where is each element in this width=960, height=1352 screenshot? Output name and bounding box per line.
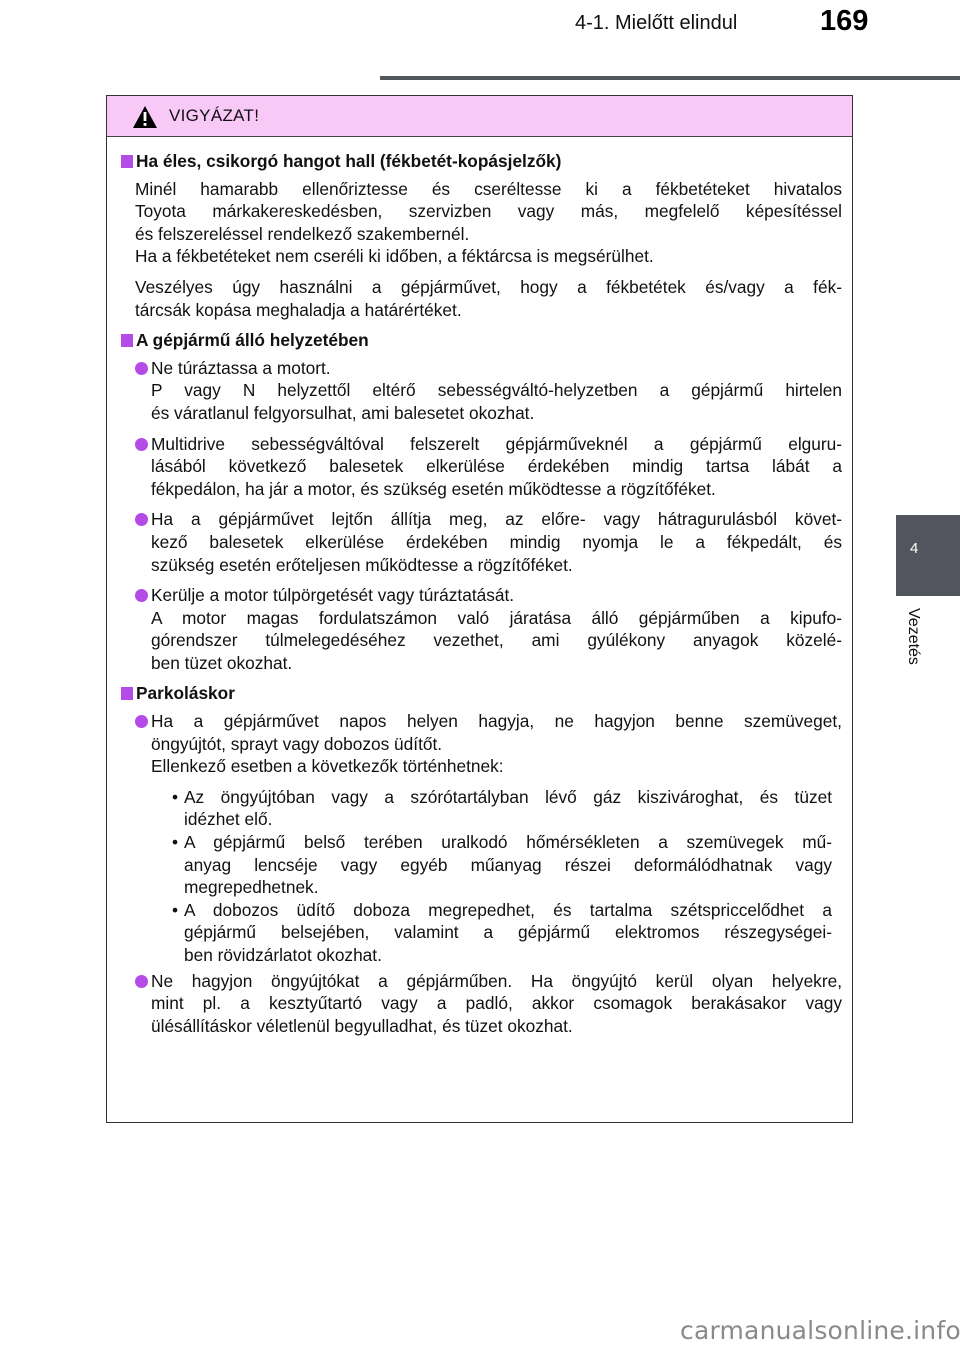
paragraph: Veszélyes úgy használni a gépjárművet, h… bbox=[121, 276, 842, 321]
text-line: Ne hagyjon öngyújtókat a gépjárműben. Ha… bbox=[151, 970, 842, 993]
text-line: A gépjármű belső terében uralkodó hőmérs… bbox=[184, 831, 832, 854]
text-line: ben rövidzárlatot okozhat. bbox=[184, 944, 832, 967]
section-title: 4-1. Mielőtt elindul bbox=[575, 12, 737, 35]
text-line: tárcsák kopása meghaladja a határértéket… bbox=[135, 299, 842, 322]
heading-text: A gépjármű álló helyzetében bbox=[136, 330, 369, 350]
text-line: A motor magas fordulatszámon való járatá… bbox=[151, 607, 842, 630]
section-heading: A gépjármű álló helyzetében bbox=[121, 329, 842, 352]
chapter-tab[interactable]: 4 bbox=[896, 515, 960, 596]
text-line: górendszer túlmelegedéséhez vezethet, am… bbox=[151, 629, 842, 652]
square-bullet-icon bbox=[121, 334, 133, 347]
page-number: 169 bbox=[820, 5, 868, 38]
square-bullet-icon bbox=[121, 687, 133, 700]
square-bullet-icon bbox=[121, 155, 133, 168]
text-line: Kerülje a motor túlpörgetését vagy túráz… bbox=[151, 584, 842, 607]
section-heading: Ha éles, csikorgó hangot hall (fékbetét-… bbox=[121, 150, 842, 173]
text-line: Multidrive sebességváltóval felszerelt g… bbox=[151, 433, 842, 456]
round-bullet-icon bbox=[135, 975, 148, 988]
text-line: idézhet elő. bbox=[184, 808, 832, 831]
warning-header: VIGYÁZAT! bbox=[107, 96, 852, 137]
text-line: Ne túráztassa a motort. bbox=[151, 357, 842, 380]
warning-box: VIGYÁZAT! Ha éles, csikorgó hangot hall … bbox=[106, 95, 853, 1123]
sub-bullet-item: •A dobozos üdítő doboza megrepedhet, és … bbox=[121, 899, 842, 967]
sub-bullet-item: •A gépjármű belső terében uralkodó hőmér… bbox=[121, 831, 842, 899]
text-line: ben tüzet okozhat. bbox=[151, 652, 842, 675]
text-line: fékpedálon, ha jár a motor, és szükség e… bbox=[151, 478, 842, 501]
text-line: Veszélyes úgy használni a gépjárművet, h… bbox=[135, 276, 842, 299]
heading-text: Parkoláskor bbox=[136, 683, 235, 703]
heading-text: Ha éles, csikorgó hangot hall (fékbetét-… bbox=[136, 151, 561, 171]
text-line: lásából következő balesetek elkerülése é… bbox=[151, 455, 842, 478]
text-line: Ha a gépjárművet lejtőn állítja meg, az … bbox=[151, 508, 842, 531]
bullet-item: Multidrive sebességváltóval felszerelt g… bbox=[121, 433, 842, 501]
text-line: Ha a gépjárművet napos helyen hagyja, ne… bbox=[151, 710, 842, 733]
round-bullet-icon bbox=[135, 715, 148, 728]
sub-bullet-list: •Az öngyújtóban vagy a szórótartályban l… bbox=[121, 786, 842, 967]
header-divider bbox=[380, 76, 960, 80]
watermark: carmanualsonline.info bbox=[680, 1316, 960, 1345]
text-line: Minél hamarabb ellenőriztesse és cserélt… bbox=[135, 178, 842, 201]
text-line: Az öngyújtóban vagy a szórótartályban lé… bbox=[184, 786, 832, 809]
text-line: megrepedhetnek. bbox=[184, 876, 832, 899]
text-line: Ha a fékbetéteket nem cseréli ki időben,… bbox=[135, 245, 842, 268]
text-line: P vagy N helyzettől eltérő sebességváltó… bbox=[151, 379, 842, 402]
text-line: öngyújtót, sprayt vagy dobozos üdítőt. bbox=[151, 733, 842, 756]
text-line: A dobozos üdítő doboza megrepedhet, és t… bbox=[184, 899, 832, 922]
text-line: ülésállításkor véletlenül begyulladhat, … bbox=[151, 1015, 842, 1038]
text-line: mint pl. a kesztyűtartó vagy a padló, ak… bbox=[151, 992, 842, 1015]
chapter-number: 4 bbox=[910, 540, 918, 557]
dot-icon: • bbox=[172, 831, 178, 854]
bullet-item: Ne túráztassa a motort.P vagy N helyzett… bbox=[121, 357, 842, 425]
text-line: és váratlanul felgyorsulhat, ami baleset… bbox=[151, 402, 842, 425]
text-line: anyag lencséje vagy egyéb műanyag részei… bbox=[184, 854, 832, 877]
paragraph: Minél hamarabb ellenőriztesse és cserélt… bbox=[121, 178, 842, 268]
bullet-item: Ne hagyjon öngyújtókat a gépjárműben. Ha… bbox=[121, 970, 842, 1038]
chapter-label: Vezetés bbox=[904, 608, 922, 665]
round-bullet-icon bbox=[135, 589, 148, 602]
text-line: Ellenkező esetben a következők történhet… bbox=[151, 755, 842, 778]
bullet-item: Ha a gépjárművet napos helyen hagyja, ne… bbox=[121, 710, 842, 778]
warning-title: VIGYÁZAT! bbox=[169, 106, 259, 126]
sub-bullet-item: •Az öngyújtóban vagy a szórótartályban l… bbox=[121, 786, 842, 831]
bullet-item: Kerülje a motor túlpörgetését vagy túráz… bbox=[121, 584, 842, 674]
warning-triangle-icon bbox=[132, 105, 158, 129]
text-line: Toyota márkakereskedésben, szervizben va… bbox=[135, 200, 842, 223]
round-bullet-icon bbox=[135, 513, 148, 526]
text-line: kező balesetek elkerülése érdekében mind… bbox=[151, 531, 842, 554]
round-bullet-icon bbox=[135, 438, 148, 451]
dot-icon: • bbox=[172, 786, 178, 809]
warning-content: Ha éles, csikorgó hangot hall (fékbetét-… bbox=[107, 138, 852, 1045]
section-heading: Parkoláskor bbox=[121, 682, 842, 705]
dot-icon: • bbox=[172, 899, 178, 922]
bullet-item: Ha a gépjárművet lejtőn állítja meg, az … bbox=[121, 508, 842, 576]
text-line: gépjármű belsejében, valamint a gépjármű… bbox=[184, 921, 832, 944]
text-line: és felszereléssel rendelkező szakemberné… bbox=[135, 223, 842, 246]
text-line: szükség esetén erőteljesen működtesse a … bbox=[151, 554, 842, 577]
round-bullet-icon bbox=[135, 362, 148, 375]
